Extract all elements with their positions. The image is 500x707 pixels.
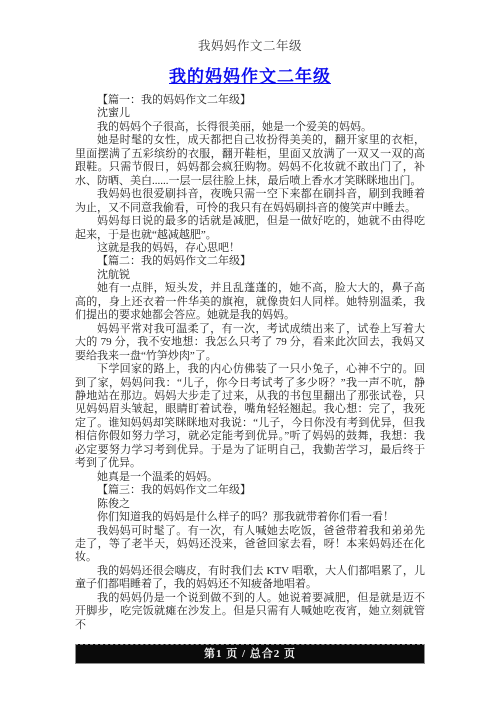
essay3-section-heading: 【篇三：我的妈妈作文二年级】: [75, 484, 425, 497]
body-paragraph: 妈妈平常对我可温柔了，有一次，考试成绩出来了，试卷上写着大大的 79 分，我不安…: [75, 323, 425, 363]
body-paragraph: 她真是一个温柔的妈妈。: [75, 471, 425, 484]
body-paragraph: 妈妈每日说的最多的话就是减肥，但是一做好吃的，她就不由得吃起来，于是也就“越减越…: [75, 215, 425, 242]
essay1-section-heading: 【篇一：我的妈妈作文二年级】: [75, 94, 425, 107]
body-paragraph: 我妈妈可时髦了。有一次，有人喊她去吃饭，爸爸带着我和弟弟先走了，等了老半天，妈妈…: [75, 525, 425, 565]
body-paragraph: 下学回家的路上，我的内心仿佛装了一只小兔子，心神不宁的。回到了家，妈妈问我：“儿…: [75, 363, 425, 471]
body-paragraph: 我的妈妈还很会嗨皮，有时我们去 KTV 唱歌，大人们都唱累了，儿童子们都唱睡着了…: [75, 565, 425, 592]
body-paragraph: 她是时髦的女性，成天都把自己妆扮得美美的，翻开家里的衣柜，里面摆满了五彩缤纷的衣…: [75, 134, 425, 188]
page-number-indicator: 第1 页 / 总合2 页: [204, 648, 296, 660]
document-page: 我妈妈作文二年级 我的妈妈作文二年级 【篇一：我的妈妈作文二年级】 沈蜜儿 我的…: [0, 0, 500, 707]
body-paragraph: 这就是我的妈妈，存心思吧！: [75, 242, 425, 255]
essay2-section-heading: 【篇二：我的妈妈作文二年级】: [75, 255, 425, 268]
body-paragraph: 我妈妈也很爱刷抖音，夜晚只需一空下来都在刷抖音，刷到我睡着为止，又不同意我偷看，…: [75, 188, 425, 215]
page-footer-bar: 第1 页 / 总合2 页: [75, 644, 425, 664]
body-paragraph: 我的妈妈个子很高，长得很美丽，她是一个爱美的妈妈。: [75, 121, 425, 134]
essay2-author-name: 沈航锐: [75, 269, 425, 282]
body-paragraph: 我的妈妈仍是一个说到做不到的人。她说着要减肥，但是就是迈不开脚步，吃完饭就瘫在沙…: [75, 592, 425, 632]
document-body: 【篇一：我的妈妈作文二年级】 沈蜜儿 我的妈妈个子很高，长得很美丽，她是一个爱美…: [75, 94, 425, 632]
document-header-title: 我妈妈作文二年级: [0, 36, 500, 54]
main-title-link[interactable]: 我的妈妈作文二年级: [0, 62, 500, 87]
body-paragraph: 你们知道我的妈妈是什么样子的吗？那我就带着你们看一看！: [75, 511, 425, 524]
essay3-author-name: 陈俊之: [75, 498, 425, 511]
body-paragraph: 她有一点胖，短头发，并且乱蓬蓬的，她不高，脸大大的，鼻子高高的，身上还衣着一件华…: [75, 282, 425, 322]
essay1-author-name: 沈蜜儿: [75, 107, 425, 120]
